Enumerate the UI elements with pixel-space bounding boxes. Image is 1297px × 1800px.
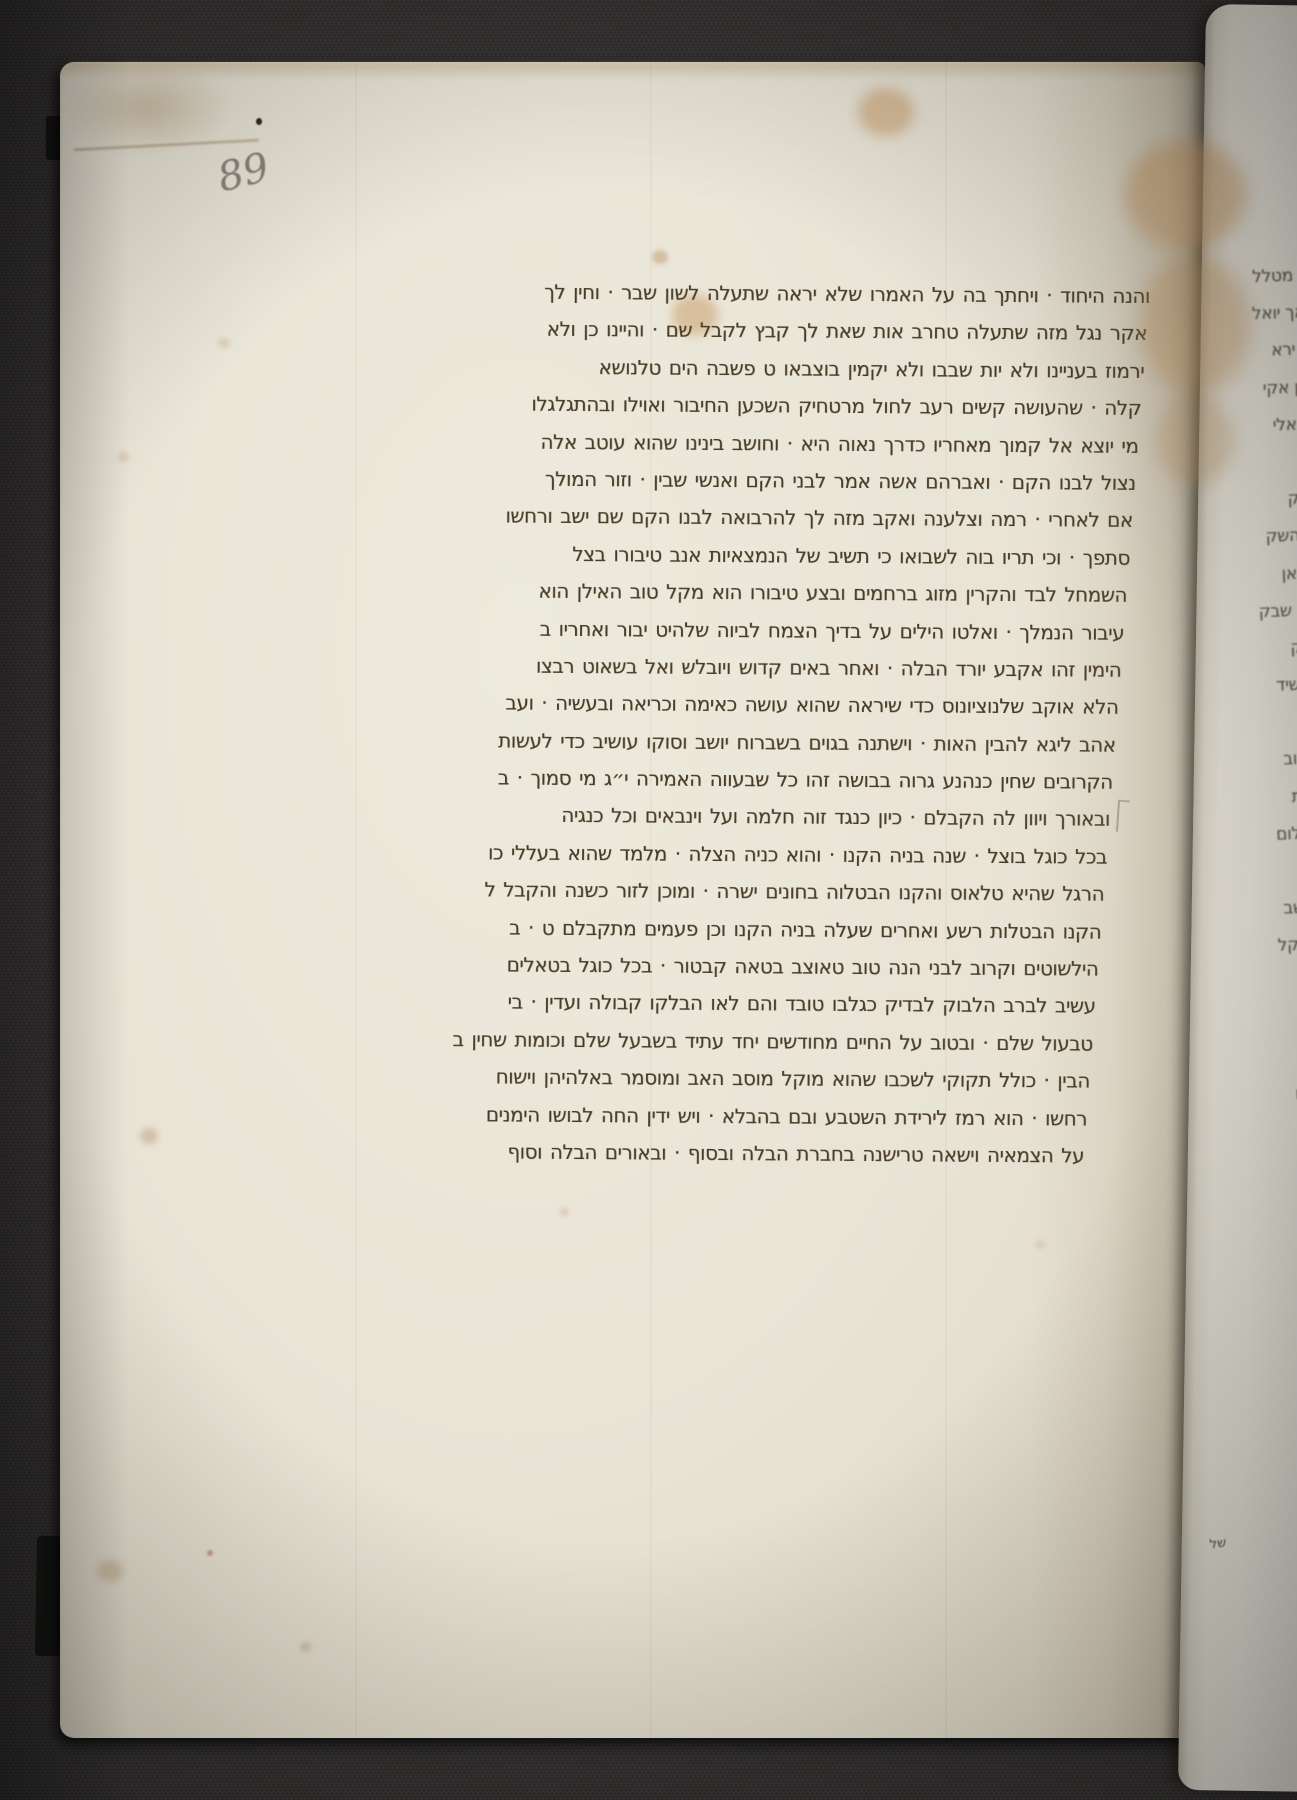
adjacent-text-line: שקר שלב כן אקי [1210,366,1297,409]
adjacent-text-line: שבעגל שקל אן [1217,552,1297,595]
adjacent-text-line: דר ישאנו לו ירא [1209,329,1297,372]
adjacent-text-line: אלן ושי בם [1213,441,1297,484]
adjacent-text-line: ששיב שקל קשיד [1221,663,1297,706]
adjacent-text-line: אל בם שבד השק [1216,515,1297,558]
adjacent-text-line: שב טבוה מסיר [1233,998,1297,1041]
adjacent-text-line: בם וקם באן קל [1240,1184,1297,1227]
corner-mark: של [1209,1535,1228,1552]
adjacent-text-line: קרן בהעל ים שב [1229,886,1297,929]
adjacent-text-line: הו אב מלבן אלי [1212,403,1297,446]
manuscript-photograph: 89 והנה היחוד · ויחתך בה על האמרו שלא יר… [0,0,1297,1800]
stain [60,62,235,154]
gutter-shadow [1030,62,1205,1738]
foxing-spot [218,338,230,348]
adjacent-text-line: שבר אלק אך יואל [1208,292,1297,335]
folio-number: 89 [213,145,274,202]
adjacent-text-line: אונו שם רע מטלל [1206,255,1297,298]
foxing-spot [140,1128,158,1144]
manuscript-page: 89 והנה היחוד · ויחתך בה על האמרו שלא יר… [60,62,1205,1738]
adjacent-text-line: שרושים בם סווב [1224,738,1297,781]
adjacent-text-line: ושם אוין קרוש [1228,849,1297,892]
adjacent-text-line: שרים אוה ולק [1214,478,1297,521]
adjacent-text-line: קוש קלש עם שבק [1218,589,1297,632]
adjacent-text-line: שטביה עם כזה [1238,1109,1297,1152]
foxing-spot [207,1550,213,1556]
stain [858,88,914,136]
foxing-spot [118,452,129,462]
foxing-spot [97,1560,123,1582]
adjacent-page-text: אונו שם רע מטללשבר אלק אך יואלדר ישאנו ל… [1206,255,1297,1265]
foxing-spot [300,1642,311,1652]
adjacent-text-line: ושק בלם ידע [1242,1221,1297,1264]
binding-edge [35,1536,63,1656]
adjacent-text-line: עב השם ירב בם [1236,1072,1297,1115]
adjacent-text-line: שהם עב מהש קל [1231,924,1297,967]
foxing-spot [560,1208,569,1216]
adjacent-text-line: עם טעיב יושב [1223,701,1297,744]
stain [652,250,668,264]
adjacent-text-line: קן בקים ובב של [1239,1147,1297,1190]
adjacent-text-line: בצ ושם בלן שק [1235,1035,1297,1078]
adjacent-text-line: הן כהם ומשעל [1232,961,1297,1004]
adjacent-text-line: טוב והלול אוק [1220,626,1297,669]
adjacent-text-line: שבוה אשיק שלום [1227,812,1297,855]
paper-crease [74,139,259,151]
ink-speck [256,118,262,125]
adjacent-text-line: בן שהם ושבעת [1225,775,1297,818]
